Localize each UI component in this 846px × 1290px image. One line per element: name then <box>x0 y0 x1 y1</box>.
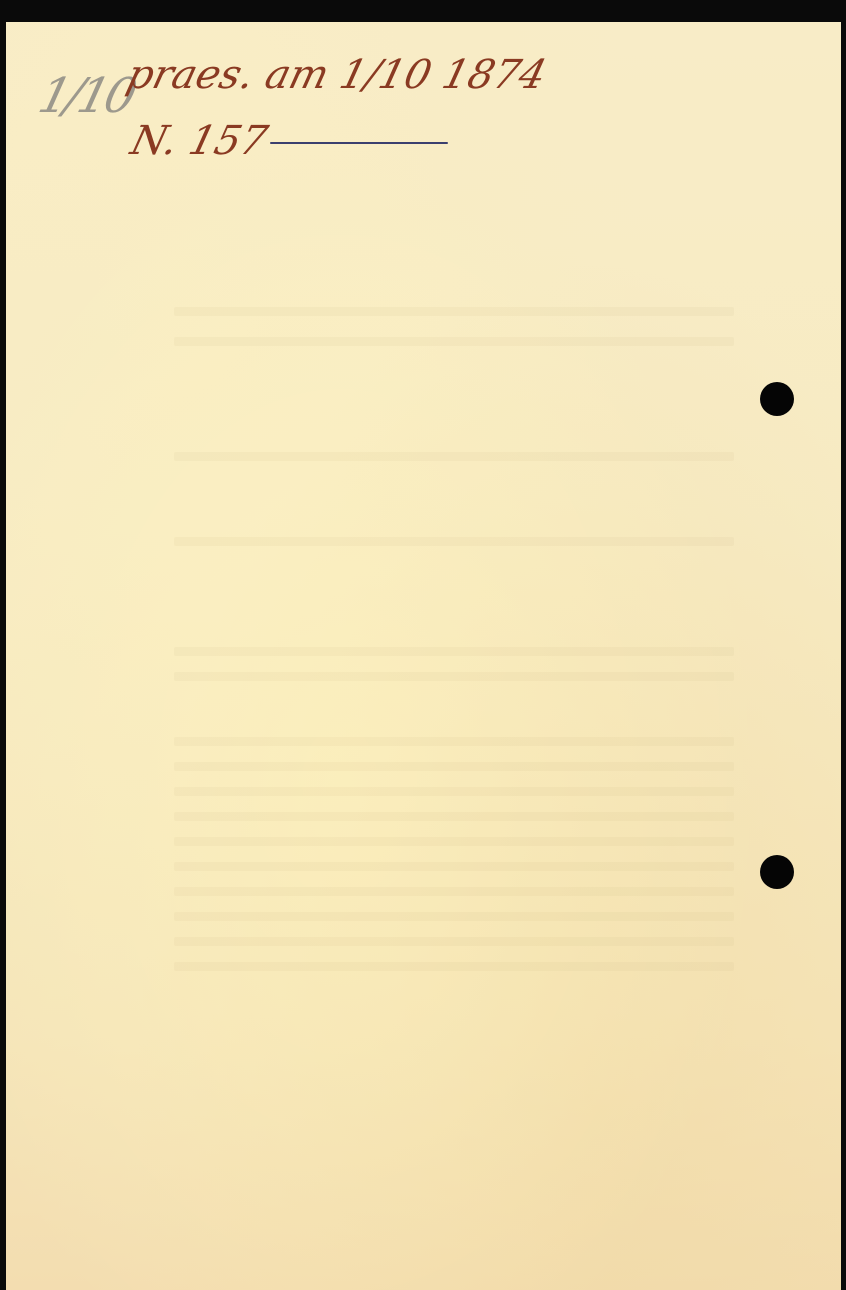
punch-hole-top <box>760 382 794 416</box>
show-through-line <box>174 862 734 871</box>
document-page <box>6 22 841 1290</box>
received-date-note: praes. am 1/10 1874 <box>122 52 551 98</box>
show-through-line <box>174 937 734 946</box>
show-through-line <box>174 812 734 821</box>
show-through-line <box>174 337 734 346</box>
show-through-line <box>174 647 734 656</box>
show-through-line <box>174 307 734 316</box>
show-through-line <box>174 837 734 846</box>
punch-hole-bottom <box>760 855 794 889</box>
show-through-line <box>174 962 734 971</box>
blue-ink-underline <box>270 142 448 144</box>
show-through-line <box>174 452 734 461</box>
file-number-note: N. 157 <box>126 118 272 164</box>
show-through-line <box>174 737 734 746</box>
show-through-line <box>174 787 734 796</box>
show-through-line <box>174 912 734 921</box>
show-through-line <box>174 762 734 771</box>
show-through-line <box>174 672 734 681</box>
show-through-line <box>174 537 734 546</box>
show-through-line <box>174 887 734 896</box>
